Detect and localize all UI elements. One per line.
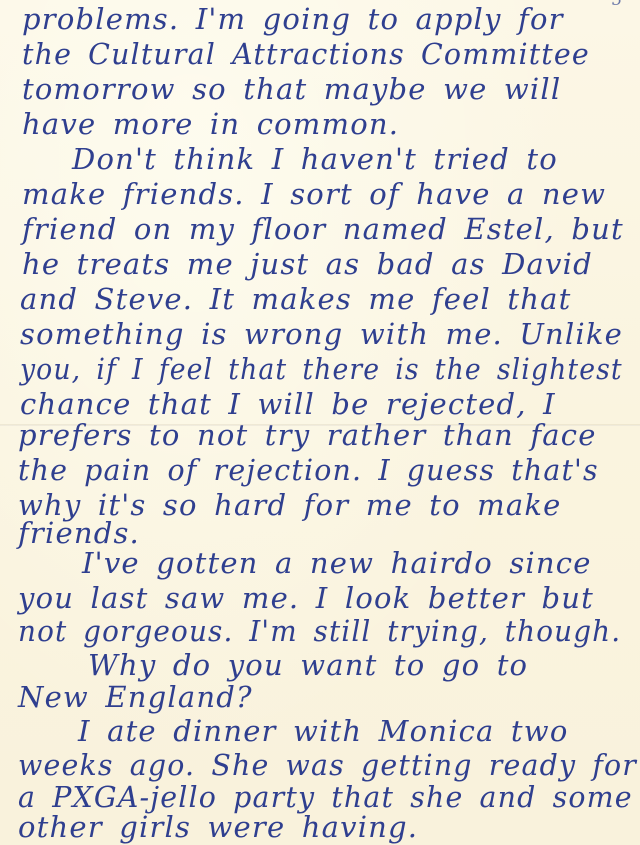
text-line: other girls were having. — [18, 810, 418, 844]
text-line: friends. — [18, 516, 140, 550]
text-line: I ate dinner with Monica two — [78, 714, 568, 748]
letter-page: 3 problems. I'm going to apply for the C… — [0, 0, 640, 845]
text-line: New England? — [18, 680, 253, 714]
text-line: he treats me just as bad as David — [22, 247, 593, 281]
text-line: problems. I'm going to apply for — [22, 2, 564, 36]
text-line: have more in common. — [22, 107, 399, 141]
text-line: tomorrow so that maybe we will — [22, 72, 561, 106]
text-line: chance that I will be rejected, I — [20, 387, 556, 421]
text-line: and Steve. It makes me feel that — [20, 282, 571, 316]
text-line: you, if I feel that there is the slighte… — [20, 352, 623, 386]
text-line: weeks ago. She was getting ready for — [18, 748, 637, 782]
text-line: I've gotten a new hairdo since — [82, 546, 592, 580]
text-line: the pain of rejection. I guess that's — [18, 453, 599, 487]
text-line: prefers to not try rather than face — [18, 418, 597, 452]
text-line: you last saw me. I look better but — [18, 581, 594, 615]
text-line: friend on my floor named Estel, but — [22, 212, 624, 246]
text-line: a PXGA-jello party that she and some — [18, 780, 633, 814]
text-line: not gorgeous. I'm still trying, though. — [18, 614, 621, 648]
text-line: something is wrong with me. Unlike — [20, 317, 623, 351]
text-line: make friends. I sort of have a new — [22, 177, 606, 211]
text-line: Don't think I haven't tried to — [72, 142, 558, 176]
text-line: the Cultural Attractions Committee — [22, 37, 590, 71]
text-line: Why do you want to go to — [88, 648, 528, 682]
page-number: 3 — [612, 0, 622, 9]
